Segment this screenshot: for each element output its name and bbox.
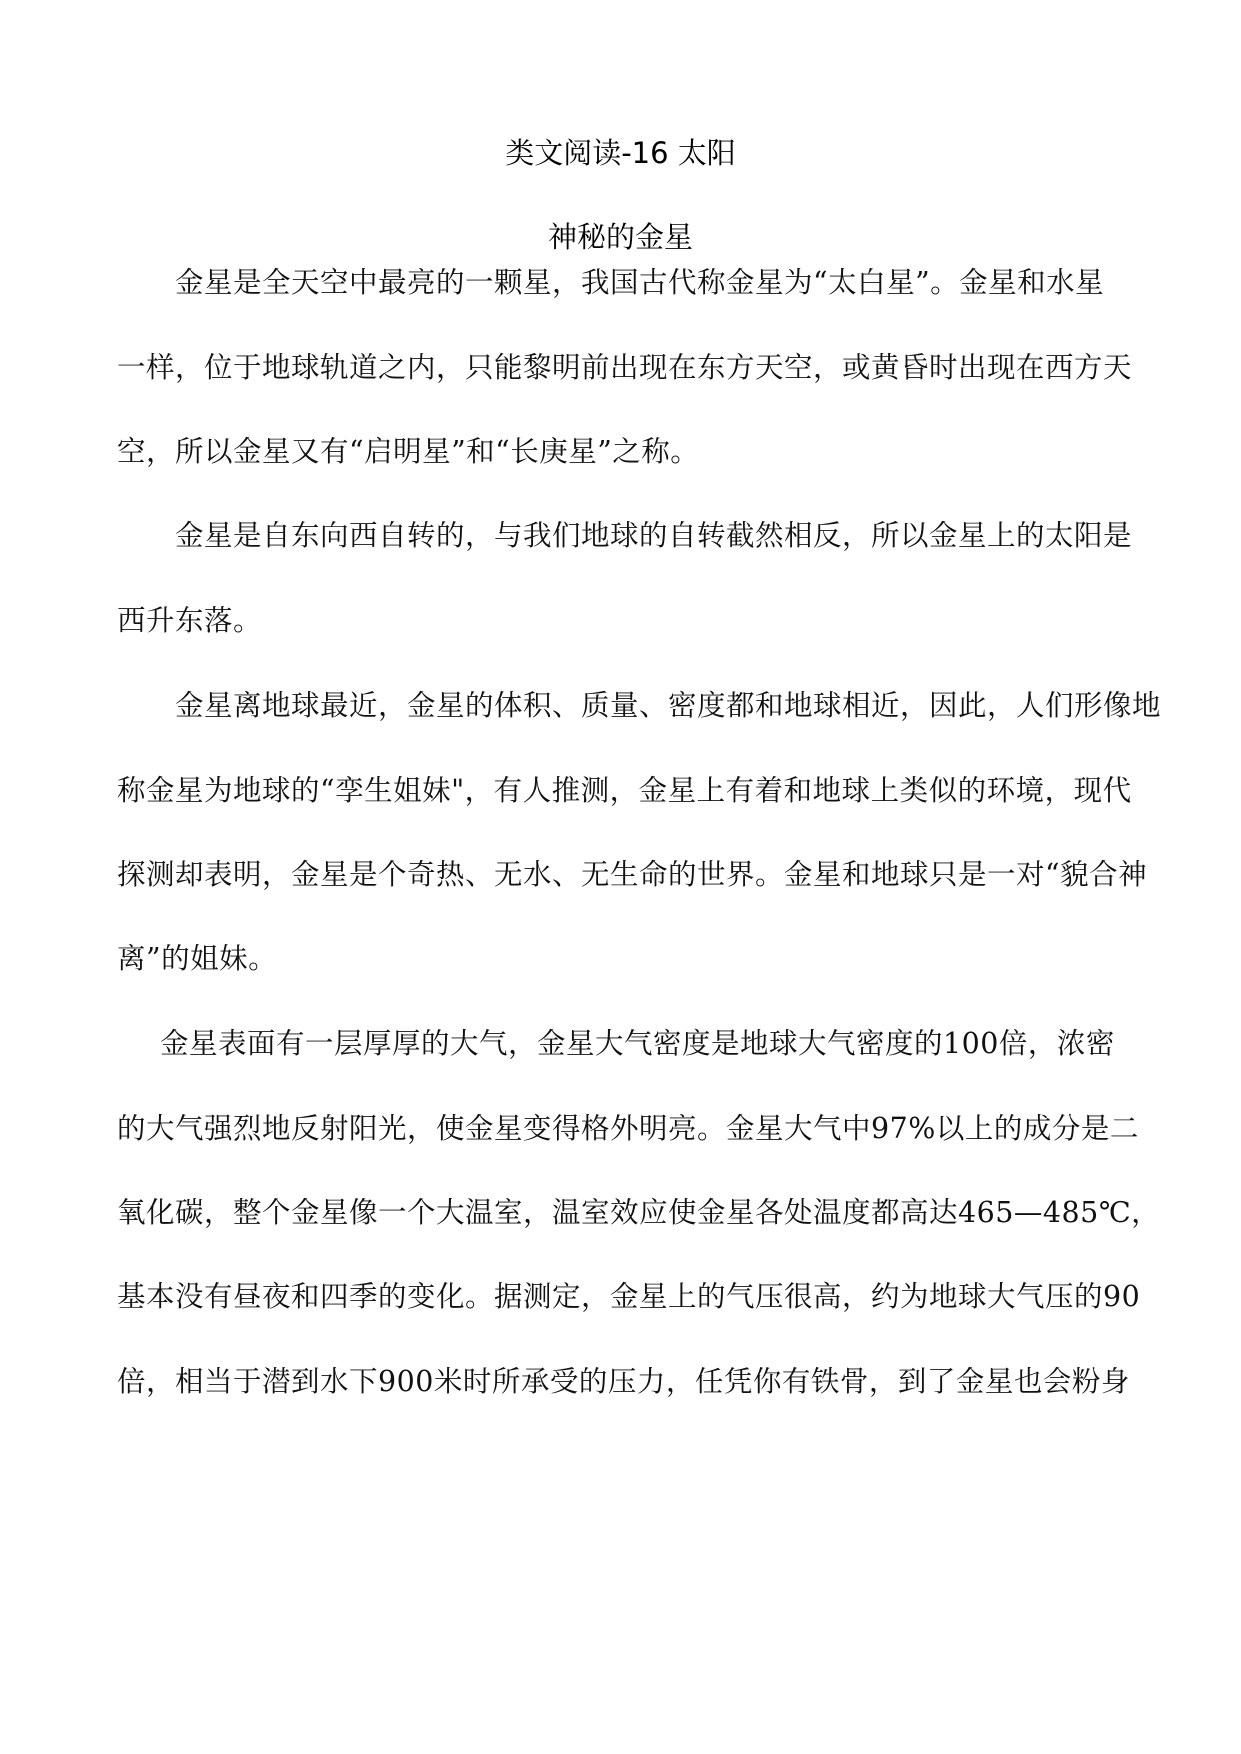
paragraph-4-line-3: 氧化碳，整个金星像一个大温室，温室效应使金星各处温度都高达465—485℃， (117, 1193, 1160, 1233)
paragraph-1-line-1: 金星是全天空中最亮的一颗星，我国古代称金星为“太白星”。金星和水星 (175, 263, 1104, 303)
paragraph-3-line-3: 探测却表明，金星是个奇热、无水、无生命的世界。金星和地球只是一对“貌合神 (117, 855, 1147, 895)
paragraph-4-line-1: 金星表面有一层厚厚的大气，金星大气密度是地球大气密度的100倍，浓密 (160, 1024, 1115, 1064)
paragraph-2-line-2: 西升东落。 (117, 601, 262, 641)
paragraph-3-line-1: 金星离地球最近，金星的体积、质量、密度都和地球相近，因此，人们形像地 (175, 686, 1161, 726)
paragraph-4-line-4: 基本没有昼夜和四季的变化。据测定，金星上的气压很高，约为地球大气压的90 (117, 1277, 1140, 1317)
paragraph-3-line-2: 称金星为地球的“孪生姐妹"，有人推测，金星上有着和地球上类似的环境，现代 (117, 771, 1132, 811)
paragraph-1-line-2: 一样，位于地球轨道之内，只能黎明前出现在东方天空，或黄昏时出现在西方天 (117, 348, 1132, 388)
document-title: 类文阅读-16 太阳 (0, 133, 1241, 173)
paragraph-2-line-1: 金星是自东向西自转的，与我们地球的自转截然相反，所以金星上的太阳是 (175, 516, 1132, 556)
paragraph-4-line-5: 倍，相当于潜到水下900米时所承受的压力，任凭你有铁骨，到了金星也会粉身 (117, 1362, 1130, 1402)
paragraph-1-line-3: 空，所以金星又有“启明星”和“长庚星”之称。 (117, 432, 699, 472)
document-page: 类文阅读-16 太阳 神秘的金星 金星是全天空中最亮的一颗星，我国古代称金星为“… (0, 0, 1241, 1754)
paragraph-4-line-2: 的大气强烈地反射阳光，使金星变得格外明亮。金星大气中97%以上的成分是二 (117, 1109, 1139, 1149)
article-title: 神秘的金星 (0, 217, 1241, 257)
paragraph-3-line-4: 离”的姐妹。 (117, 939, 277, 979)
